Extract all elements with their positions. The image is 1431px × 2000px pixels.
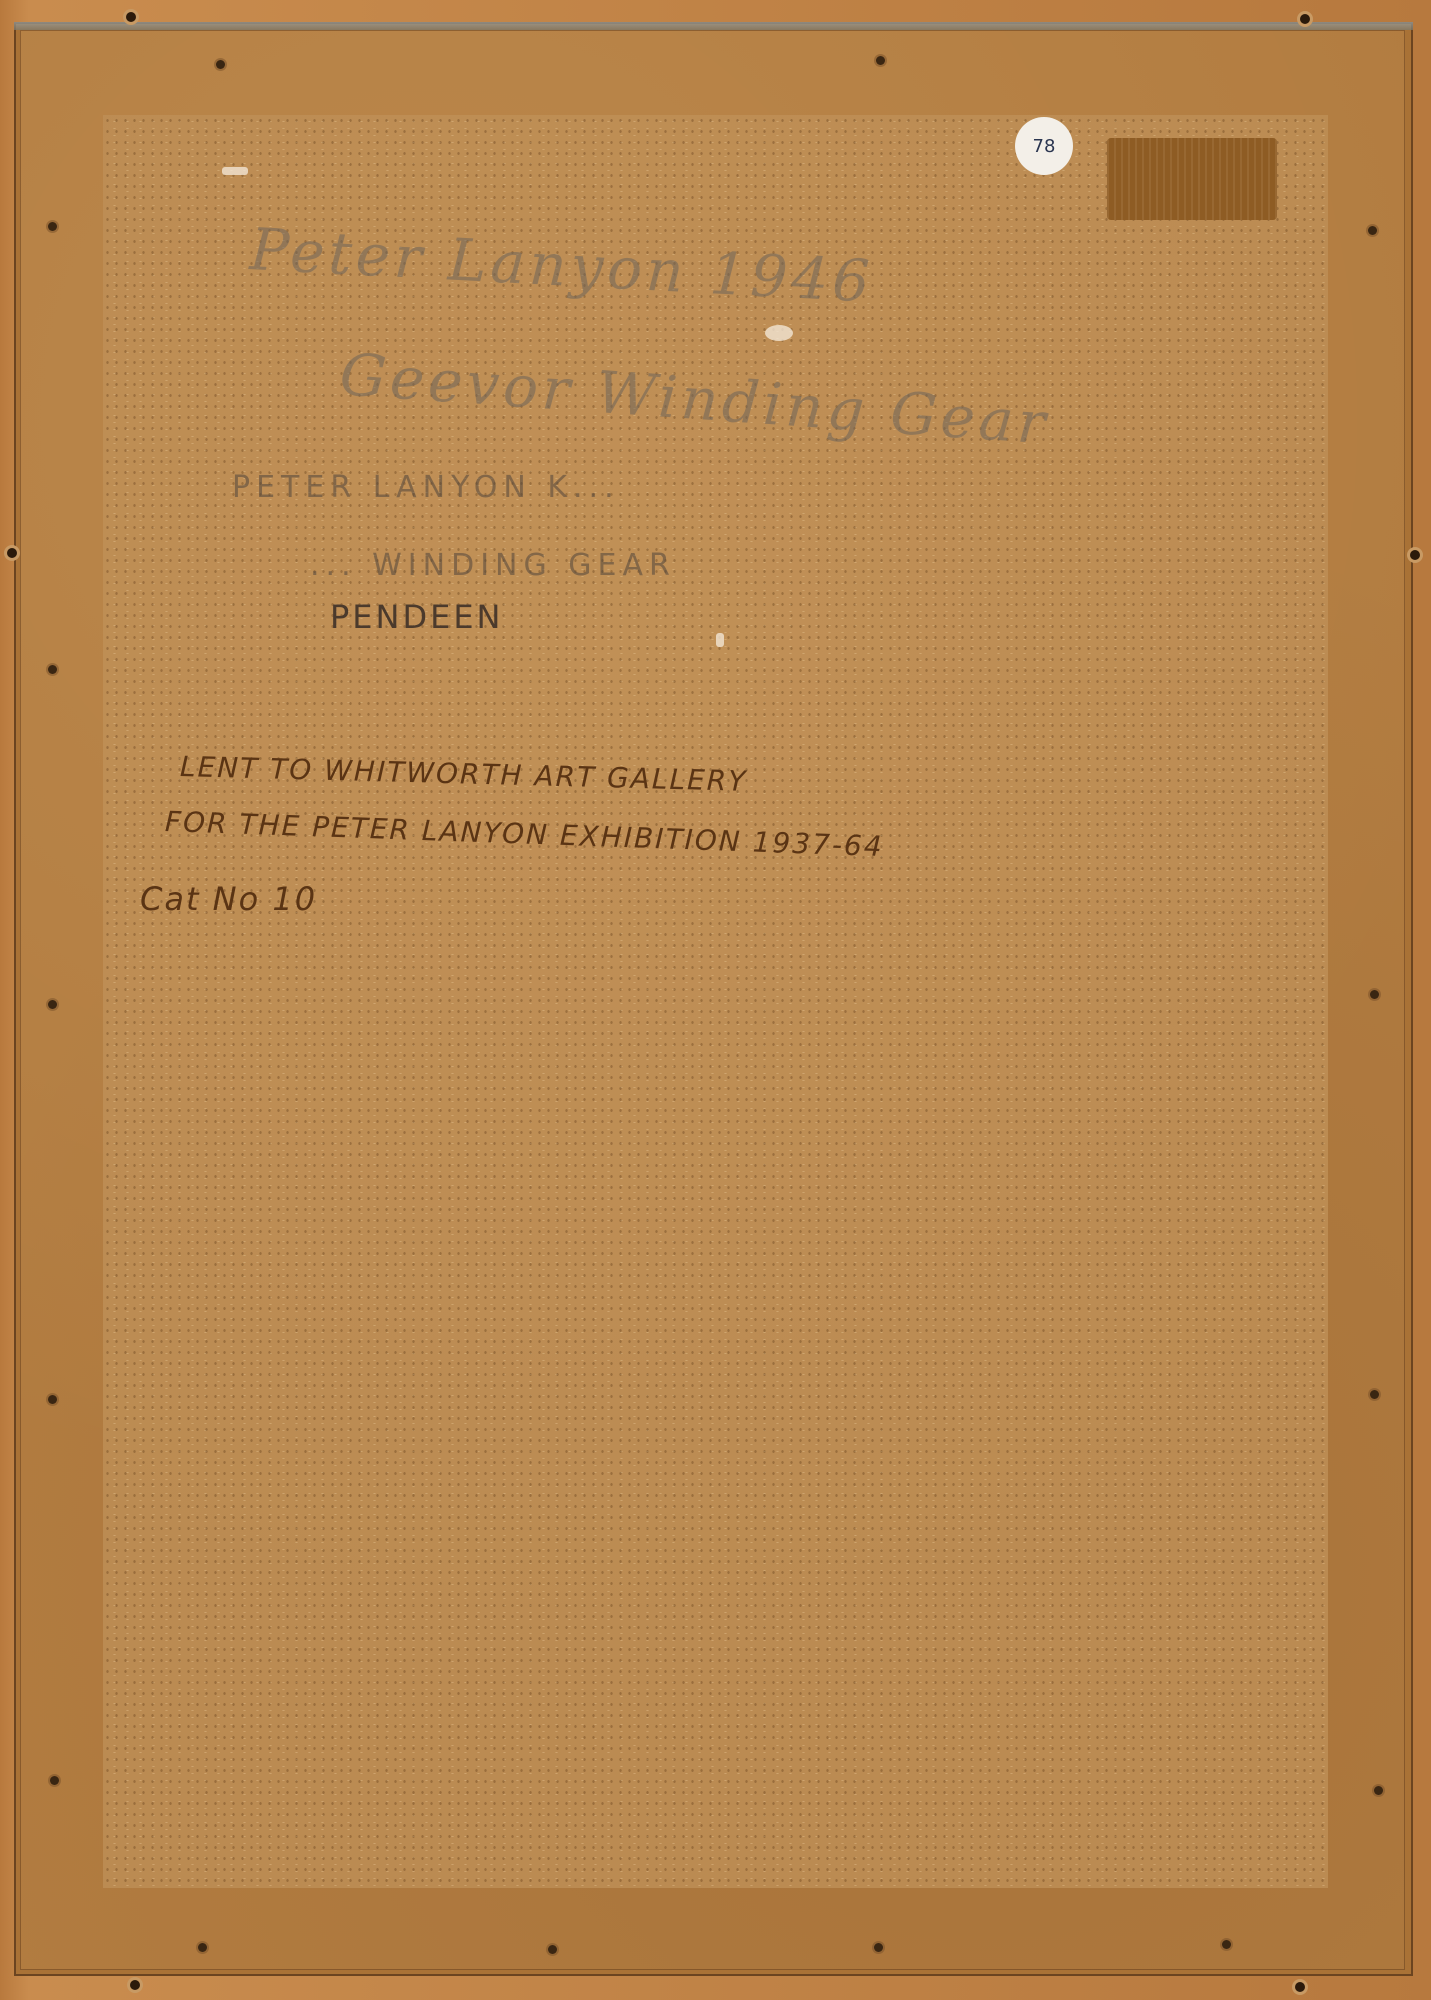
nail (1222, 1940, 1231, 1949)
nail (198, 1943, 207, 1952)
paint-scuff (765, 325, 793, 341)
faint-inscription-line-1: PETER LANYON K... (232, 470, 620, 505)
screw-hole (126, 12, 136, 22)
nail (548, 1945, 557, 1954)
tape-residue (1107, 138, 1277, 220)
picture-frame: Peter Lanyon 1946 Geevor Winding Gear PE… (0, 0, 1431, 2000)
catalogue-number: Cat No 10 (140, 880, 317, 918)
screw-hole (130, 1980, 140, 1990)
screw-hole (7, 548, 17, 558)
screw-hole (1300, 14, 1310, 24)
paint-scuff (716, 633, 724, 647)
faint-inscription-line-2: ... WINDING GEAR (310, 548, 676, 583)
inventory-number: 78 (1033, 136, 1056, 157)
nail (50, 1776, 59, 1785)
nail (874, 1943, 883, 1952)
nail (48, 1000, 57, 1009)
screw-hole (1410, 550, 1420, 560)
nail (1370, 990, 1379, 999)
nail (1370, 1390, 1379, 1399)
nail (48, 222, 57, 231)
nail (1374, 1786, 1383, 1795)
nail (1368, 226, 1377, 235)
location-inscription: PENDEEN (330, 598, 503, 636)
metal-strip (14, 22, 1413, 30)
nail (48, 665, 57, 674)
nail (876, 56, 885, 65)
nail (216, 60, 225, 69)
paint-scuff (222, 167, 248, 175)
screw-hole (1295, 1982, 1305, 1992)
nail (48, 1395, 57, 1404)
inventory-label-disc: 78 (1015, 117, 1073, 175)
